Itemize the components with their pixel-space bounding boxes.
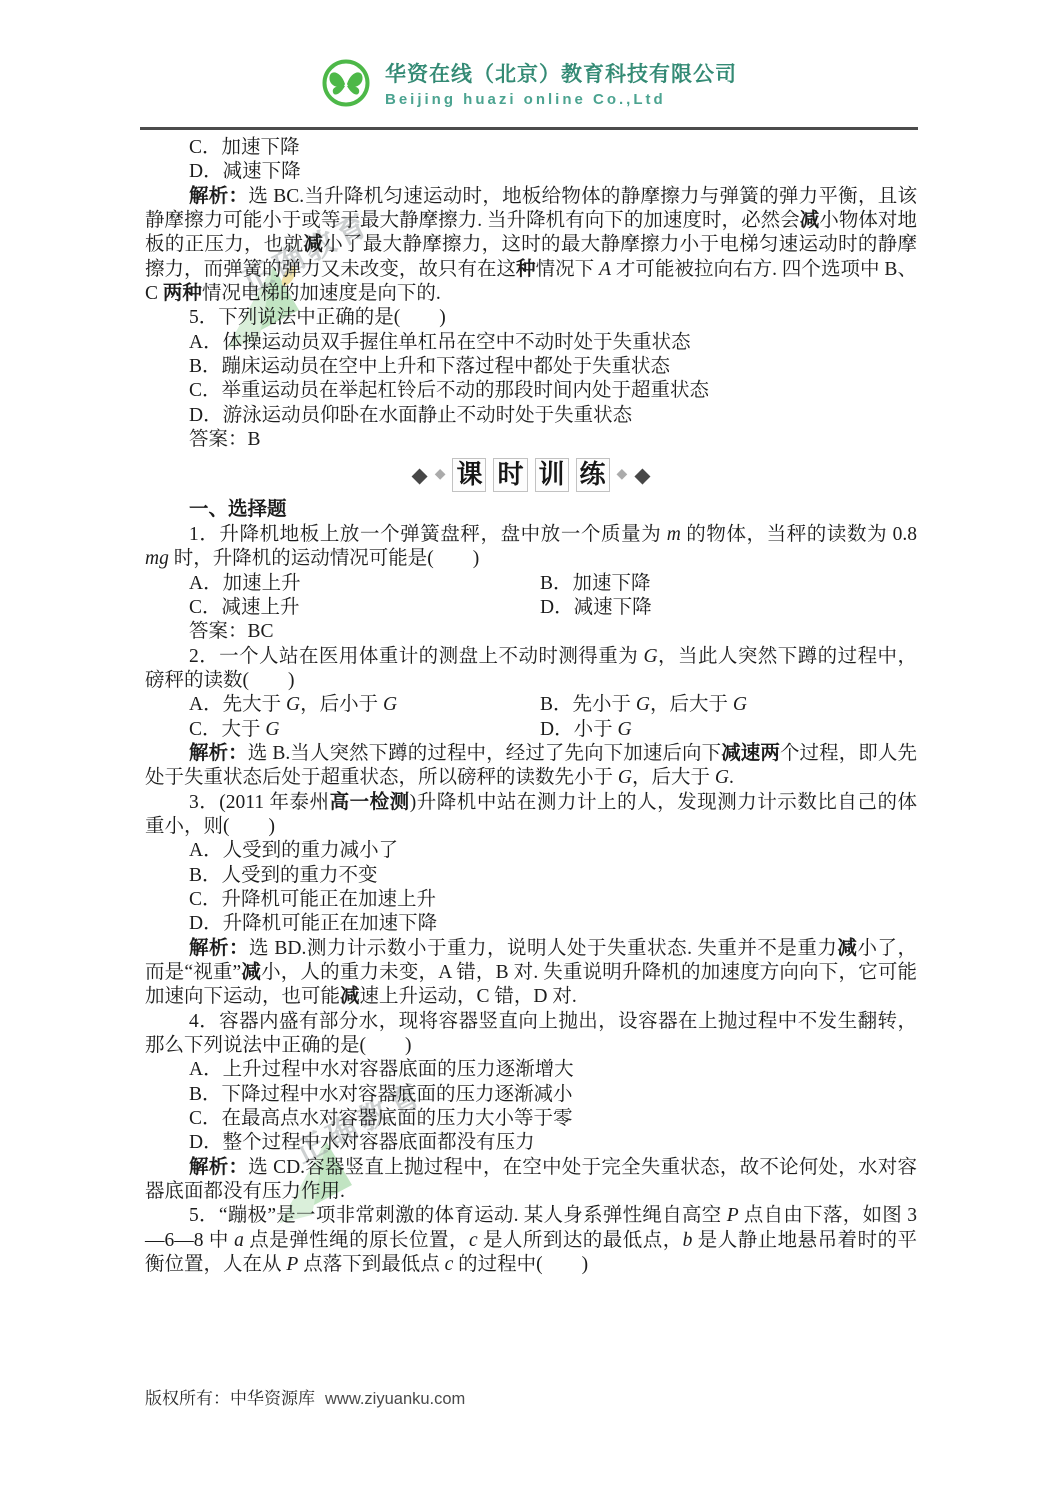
answer-line: 答案：B — [145, 428, 917, 452]
question-stem: 5．下列说法中正确的是( ) — [145, 306, 917, 330]
analysis-paragraph: 解析：选 CD.容器竖直上抛过程中，在空中处于完全失重状态，故不论何处，水对容器… — [145, 1156, 917, 1205]
analysis-label: 解析： — [189, 186, 248, 207]
analysis-label: 解析： — [189, 1157, 248, 1178]
copyright-text: 版权所有：中华资源库 — [145, 1384, 315, 1409]
answer-line: 答案：BC — [145, 620, 917, 644]
analysis-text: 选 BC.当升降机匀速运动时，地板给物体的静摩擦力与弹簧的弹力平衡，且该静摩擦力… — [145, 186, 917, 304]
banner-title-char: 训 — [535, 458, 569, 492]
diamond-icon: ◆ — [435, 468, 446, 482]
question-stem: 1．升降机地板上放一个弹簧盘秤，盘中放一个质量为 m 的物体，当秤的读数为 0.… — [145, 523, 917, 572]
analysis-text: 选 CD.容器竖直上抛过程中，在空中处于完全失重状态，故不论何处，水对容器底面都… — [145, 1157, 917, 1202]
header-rule — [140, 127, 918, 130]
option-line: B．人受到的重力不变 — [145, 864, 917, 888]
document-body: C．加速下降 D．减速下降 解析：选 BC.当升降机匀速运动时，地板给物体的静摩… — [145, 136, 917, 1277]
option-line: A．上升过程中水对容器底面的压力逐渐增大 — [145, 1058, 917, 1082]
analysis-paragraph: 解析：选 BD.测力计示数小于重力，说明人处于失重状态. 失重并不是重力减小了，… — [145, 937, 917, 1010]
analysis-paragraph: 解析：选 B.当人突然下蹲的过程中，经过了先向下加速后向下减速两个过程，即人先处… — [145, 742, 917, 791]
footer-url: www.ziyuanku.com — [325, 1390, 465, 1409]
analysis-paragraph: 解析：选 BC.当升降机匀速运动时，地板给物体的静摩擦力与弹簧的弹力平衡，且该静… — [145, 185, 917, 307]
option-row: A．先大于 G，后小于 GB．先小于 G，后大于 G — [145, 693, 917, 717]
option-line: C．举重运动员在举起杠铃后不动的那段时间内处于超重状态 — [145, 379, 917, 403]
option-row: C．减速上升D．减速下降 — [145, 596, 917, 620]
option-line: C．在最高点水对容器底面的压力大小等于零 — [145, 1107, 917, 1131]
option-row: A．加速上升B．加速下降 — [145, 572, 917, 596]
analysis-text: 选 B.当人突然下蹲的过程中，经过了先向下加速后向下减速两个过程，即人先处于失重… — [145, 743, 917, 788]
page-header: 华资在线（北京）教育科技有限公司 Beijing huazi online Co… — [0, 58, 1058, 108]
diamond-icon: ◆ — [634, 465, 650, 486]
option-cell: D．减速下降 — [540, 597, 652, 618]
question-stem: 4．容器内盛有部分水，现将容器竖直向上抛出，设容器在上抛过程中不发生翻转，那么下… — [145, 1010, 917, 1059]
option-line: C．加速下降 — [145, 136, 917, 160]
company-names: 华资在线（北京）教育科技有限公司 Beijing huazi online Co… — [385, 58, 737, 108]
diamond-icon: ◆ — [617, 468, 628, 482]
analysis-label: 解析： — [189, 938, 249, 959]
option-line: D．整个过程中水对容器底面都没有压力 — [145, 1131, 917, 1155]
option-cell: B．加速下降 — [540, 573, 651, 594]
footer: 版权所有：中华资源库 www.ziyuanku.com — [145, 1384, 465, 1409]
document-page: 华资在线（北京）教育科技有限公司 Beijing huazi online Co… — [0, 0, 1058, 1497]
answer-value: BC — [248, 621, 274, 642]
option-cell: A．加速上升 — [189, 572, 540, 596]
section-heading: 一、选择题 — [145, 498, 917, 522]
option-cell: A．先大于 G，后小于 G — [189, 693, 540, 717]
option-line: D．升降机可能正在加速下降 — [145, 912, 917, 936]
banner-title-char: 时 — [493, 458, 527, 492]
company-name-en: Beijing huazi online Co.,Ltd — [385, 91, 737, 108]
option-line: D．减速下降 — [145, 160, 917, 184]
option-cell: C．减速上升 — [189, 596, 540, 620]
banner-title-char: 课 — [452, 458, 486, 492]
answer-value: B — [248, 429, 261, 450]
question-stem: 2．一个人站在医用体重计的测盘上不动时测得重为 G，当此人突然下蹲的过程中，磅秤… — [145, 645, 917, 694]
analysis-label: 解析： — [189, 743, 248, 764]
answer-label: 答案： — [189, 429, 248, 450]
option-cell: C．大于 G — [189, 718, 540, 742]
option-line: D．游泳运动员仰卧在水面静止不动时处于失重状态 — [145, 404, 917, 428]
answer-label: 答案： — [189, 621, 248, 642]
option-line: A．人受到的重力减小了 — [145, 839, 917, 863]
option-cell: D．小于 G — [540, 719, 632, 740]
option-line: C．升降机可能正在加速上升 — [145, 888, 917, 912]
option-line: A．体操运动员双手握住单杠吊在空中不动时处于失重状态 — [145, 331, 917, 355]
analysis-text: 选 BD.测力计示数小于重力，说明人处于失重状态. 失重并不是重力减小了，而是“… — [145, 938, 917, 1008]
option-line: B．蹦床运动员在空中上升和下落过程中都处于失重状态 — [145, 355, 917, 379]
question-stem: 3．(2011 年泰州高一检测)升降机中站在测力计上的人，发现测力计示数比自己的… — [145, 791, 917, 840]
option-row: C．大于 GD．小于 G — [145, 718, 917, 742]
company-name-cn: 华资在线（北京）教育科技有限公司 — [385, 58, 737, 88]
option-line: B．下降过程中水对容器底面的压力逐渐减小 — [145, 1083, 917, 1107]
banner-title-char: 练 — [576, 458, 610, 492]
company-logo-icon — [321, 58, 371, 108]
option-cell: B．先小于 G，后大于 G — [540, 694, 747, 715]
diamond-icon: ◆ — [412, 465, 428, 486]
question-stem: 5．“蹦极”是一项非常刺激的体育运动. 某人身系弹性绳自高空 P 点自由下落，如… — [145, 1204, 917, 1277]
training-banner: ◆ ◆ 课 时 训 练 ◆ ◆ — [145, 454, 917, 496]
